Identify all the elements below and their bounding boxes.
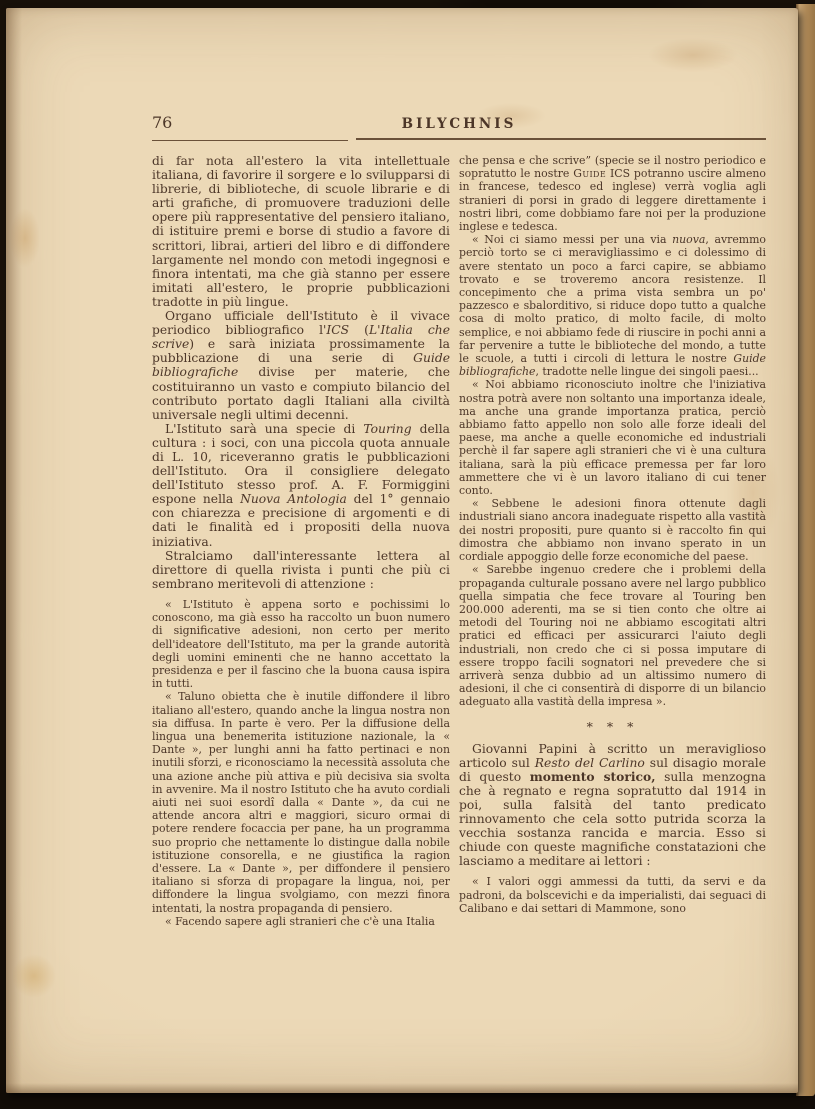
scanned-page: 76 BILYCHNIS di far nota all'estero la v… xyxy=(6,8,798,1093)
page-content: 76 BILYCHNIS di far nota all'estero la v… xyxy=(152,112,766,928)
body-paragraph: Organo ufficiale dell'Istituto è il viva… xyxy=(152,309,450,422)
header-rule-right-segment xyxy=(356,138,766,140)
body-paragraph: L'Istituto sarà una specie di Touring de… xyxy=(152,422,450,549)
body-paragraph: di far nota all'estero la vita intellett… xyxy=(152,154,450,309)
body-paragraph: Giovanni Papini à scritto un meraviglios… xyxy=(459,742,766,869)
quote-paragraph: che pensa e che scrive” (specie se il no… xyxy=(459,154,766,233)
section-divider: * * * xyxy=(459,719,766,735)
quote-paragraph: « I valori oggi ammessi da tutti, da ser… xyxy=(459,875,766,915)
book-scan-background: { "theme": { "paper": "#ecd9b7", "ink": … xyxy=(0,0,815,1109)
paper-stain xyxy=(10,208,40,268)
header-rule-left-segment xyxy=(152,140,348,141)
quote-paragraph: « Taluno obietta che è inutile diffonder… xyxy=(152,690,450,914)
header-rule xyxy=(152,137,766,141)
right-column: che pensa e che scrive” (specie se il no… xyxy=(459,154,766,915)
page-header: 76 BILYCHNIS xyxy=(152,112,766,134)
quote-paragraph: « Noi ci siamo messi per una via nuova, … xyxy=(459,233,766,378)
body-paragraph: Stralciamo dall'interessante lettera al … xyxy=(152,549,450,591)
quote-paragraph: « Noi abbiamo riconosciuto inoltre che l… xyxy=(459,378,766,497)
left-column: di far nota all'estero la vita intellett… xyxy=(152,154,450,928)
quote-paragraph: « Facendo sapere agli stranieri che c'è … xyxy=(152,915,450,928)
quote-paragraph: « Sebbene le adesioni finora ottenute da… xyxy=(459,497,766,563)
paper-stain xyxy=(12,954,56,998)
quote-paragraph: « L'Istituto è appena sorto e pochissimi… xyxy=(152,598,450,690)
journal-title: BILYCHNIS xyxy=(152,116,766,132)
two-column-text: di far nota all'estero la vita intellett… xyxy=(152,154,766,928)
quote-paragraph: « Sarebbe ingenuo credere che i problemi… xyxy=(459,563,766,708)
paper-stain xyxy=(648,38,738,72)
book-fore-edge-pages xyxy=(796,4,815,1096)
